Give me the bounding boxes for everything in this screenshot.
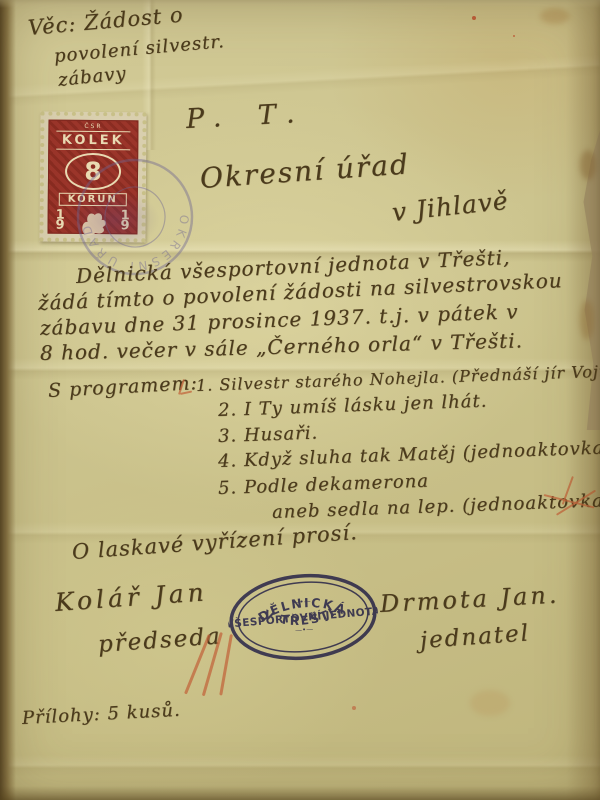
addressee-city: v Jihlavě	[390, 186, 509, 227]
red-speck	[472, 16, 476, 20]
stain	[540, 8, 570, 24]
subject-line-2: povolení silvestr.	[53, 31, 225, 67]
stain	[580, 150, 596, 180]
subject-line-1: Věc: Žádost o	[27, 2, 184, 39]
program-item-1: 1. Silvestr starého Nohejla. (Přednáší j…	[196, 361, 600, 395]
organization-oval-stamp: DĚLNICKÁ —•— VŠESPORTOVNÍ JEDNOTA —•— V …	[225, 568, 382, 667]
signature-right-role: jednatel	[419, 620, 531, 654]
fold-crease	[0, 755, 600, 777]
signature-left-role: předseda	[97, 623, 222, 658]
page-bottom-edge	[0, 786, 600, 800]
salutation: P. T.	[185, 98, 309, 135]
program-item-2: 2. I Ty umíš lásku jen lhát.	[218, 391, 488, 421]
page-right-fold	[566, 0, 600, 800]
subject-line-3: zábavy	[57, 63, 128, 91]
stain	[580, 300, 594, 340]
stamp-country-label: ČSR	[84, 123, 102, 130]
page-left-edge	[0, 0, 16, 800]
closing-line: O laskavé vyřízení prosí.	[71, 520, 358, 564]
signature-left-name: Kolář Jan	[54, 577, 209, 617]
program-item-3: 3. Husaři.	[218, 423, 319, 447]
document-page: Věc: Žádost o povolení silvestr. zábavy …	[0, 0, 600, 800]
org-stamp-ornament-top: —•—	[292, 597, 311, 607]
attachments-note: Přílohy: 5 kusů.	[21, 700, 181, 729]
program-label: S programem:	[47, 372, 198, 402]
stain	[470, 690, 510, 716]
stamp-title: KOLEK	[56, 131, 131, 151]
signature-right-name: Drmota Jan.	[379, 581, 560, 618]
page-top-edge	[0, 0, 600, 8]
addressee-office: Okresní úřad	[199, 147, 411, 195]
program-item-5: 5. Podle dekamerona	[218, 471, 430, 499]
